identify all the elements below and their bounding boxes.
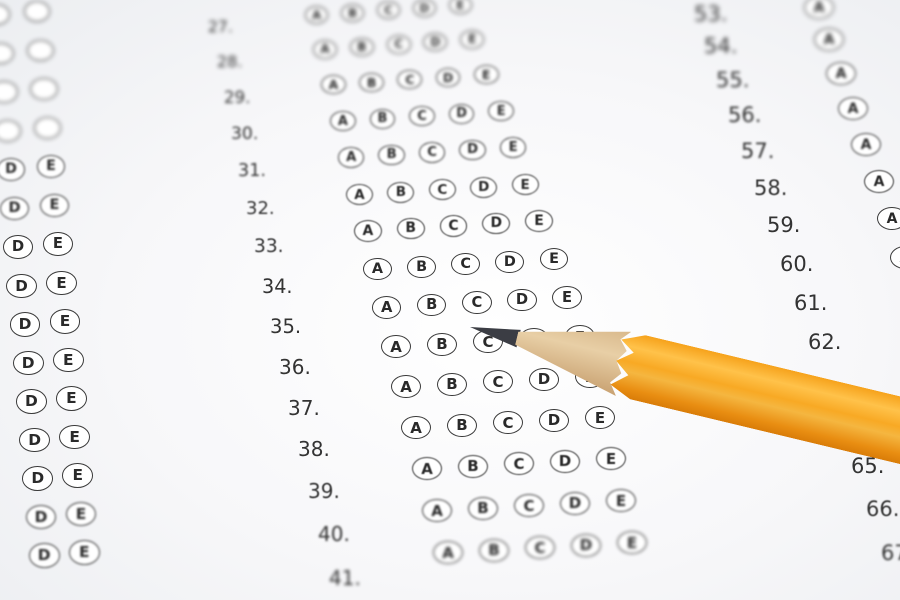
answer-bubble-e[interactable]: E bbox=[596, 447, 626, 470]
answer-bubble-d[interactable]: D bbox=[571, 534, 601, 557]
answer-bubble-b[interactable]: B bbox=[378, 145, 404, 166]
answer-bubble-e[interactable]: E bbox=[59, 425, 90, 450]
answer-bubble-a[interactable]: A bbox=[433, 541, 463, 564]
answer-bubble-b[interactable]: B bbox=[370, 109, 396, 129]
answer-bubble-d[interactable]: D bbox=[470, 177, 497, 198]
answer-bubble-e[interactable]: E bbox=[69, 540, 100, 565]
answer-bubble-e[interactable]: E bbox=[540, 248, 569, 270]
answer-bubble-a[interactable]: A bbox=[391, 375, 421, 398]
answer-bubble-b[interactable]: B bbox=[437, 373, 467, 396]
answer-bubble-e[interactable]: E bbox=[552, 286, 581, 309]
answer-bubble-e[interactable]: E bbox=[449, 0, 472, 14]
question-number: 53. bbox=[694, 2, 727, 26]
question-number: 66. bbox=[866, 497, 899, 521]
answer-bubble-a[interactable]: A bbox=[330, 111, 356, 131]
answer-bubble-d[interactable]: D bbox=[26, 505, 57, 530]
answer-bubble-b[interactable]: B bbox=[359, 73, 384, 92]
answer-bubble-a[interactable]: A bbox=[305, 6, 328, 24]
answer-bubble-a[interactable]: A bbox=[422, 499, 452, 522]
answer-bubble-d[interactable]: D bbox=[22, 466, 53, 491]
answer-bubble-e[interactable]: E bbox=[474, 65, 499, 84]
question-number: 38. bbox=[298, 437, 330, 461]
answer-bubble-c[interactable]: C bbox=[429, 179, 456, 200]
answer-bubble-a[interactable]: A bbox=[354, 220, 382, 242]
answer-bubble-e[interactable]: E bbox=[50, 309, 81, 334]
pencil-lead-tip bbox=[468, 318, 521, 347]
question-number: 59. bbox=[767, 213, 800, 237]
answer-bubble-a[interactable]: A bbox=[321, 75, 346, 94]
answer-bubble-c[interactable]: C bbox=[387, 35, 411, 54]
answer-bubble-e[interactable] bbox=[24, 1, 50, 22]
question-number: 67. bbox=[881, 541, 900, 565]
answer-bubble-a[interactable]: A bbox=[877, 207, 900, 230]
answer-bubble-d[interactable]: D bbox=[539, 409, 569, 432]
answer-bubble-c[interactable]: C bbox=[483, 370, 513, 393]
answer-bubble-d[interactable]: D bbox=[449, 104, 475, 124]
answer-bubble-c[interactable]: C bbox=[397, 70, 422, 89]
answer-bubble-a[interactable]: A bbox=[851, 133, 881, 156]
answer-bubble-a[interactable]: A bbox=[372, 296, 401, 319]
answer-bubble-d[interactable]: D bbox=[482, 213, 510, 235]
question-number: 35. bbox=[270, 315, 301, 338]
answer-bubble-d[interactable]: D bbox=[19, 428, 50, 453]
answer-bubble-b[interactable]: B bbox=[479, 539, 509, 562]
answer-sheet: 27.ABCDE28.ABCDE29.ABCDE30.ABCDE31.ABCDE… bbox=[0, 0, 900, 600]
answer-bubble-d[interactable]: D bbox=[13, 351, 44, 376]
question-number: 62. bbox=[808, 330, 841, 354]
question-number: 61. bbox=[794, 291, 827, 315]
answer-bubble-e[interactable]: E bbox=[66, 502, 97, 527]
answer-bubble-c[interactable]: C bbox=[409, 106, 435, 126]
question-number: 29. bbox=[224, 88, 250, 107]
answer-bubble-d[interactable]: D bbox=[3, 235, 33, 259]
question-number: 33. bbox=[254, 236, 284, 257]
question-number: 40. bbox=[318, 522, 350, 546]
answer-bubble-a[interactable]: A bbox=[338, 147, 364, 168]
answer-bubble-d[interactable]: D bbox=[6, 274, 36, 298]
question-number: 37. bbox=[288, 396, 320, 420]
answer-bubble-e[interactable]: E bbox=[56, 386, 87, 411]
answer-bubble-e[interactable]: E bbox=[37, 155, 65, 178]
answer-bubble-b[interactable]: B bbox=[458, 455, 488, 478]
answer-bubble-e[interactable]: E bbox=[460, 30, 484, 49]
question-number: 55. bbox=[716, 68, 749, 92]
question-number: 28. bbox=[217, 52, 242, 71]
question-number: 32. bbox=[246, 198, 275, 219]
question-number: 58. bbox=[754, 176, 787, 200]
question-number: 57. bbox=[741, 139, 774, 163]
answer-bubble-e[interactable]: E bbox=[46, 271, 76, 295]
answer-bubble-b[interactable]: B bbox=[468, 497, 498, 520]
answer-bubble-a[interactable]: A bbox=[313, 40, 337, 59]
answer-bubble-b[interactable]: B bbox=[407, 256, 436, 278]
answer-bubble-d[interactable]: D bbox=[550, 450, 580, 473]
answer-bubble-a[interactable]: A bbox=[346, 184, 373, 205]
answer-bubble-a[interactable]: A bbox=[838, 97, 868, 120]
answer-bubble-b[interactable]: B bbox=[350, 38, 374, 57]
answer-bubble-d[interactable]: D bbox=[423, 33, 447, 52]
answer-bubble-c[interactable]: C bbox=[419, 142, 445, 163]
question-number: 36. bbox=[279, 355, 311, 379]
answer-bubble-e[interactable]: E bbox=[606, 489, 636, 512]
answer-bubble-d[interactable] bbox=[0, 4, 10, 25]
answer-bubble-c[interactable]: C bbox=[504, 452, 534, 475]
answer-bubble-c[interactable]: C bbox=[525, 536, 555, 559]
answer-bubble-a[interactable]: A bbox=[804, 0, 834, 19]
answer-bubble-d[interactable]: D bbox=[495, 251, 524, 273]
answer-bubble-e[interactable]: E bbox=[488, 101, 514, 121]
answer-bubble-b[interactable]: B bbox=[417, 294, 446, 317]
answer-bubble-d[interactable]: D bbox=[459, 140, 485, 161]
question-number: 34. bbox=[262, 275, 293, 298]
answer-bubble-b[interactable]: B bbox=[447, 414, 477, 437]
answer-bubble-b[interactable]: B bbox=[397, 218, 425, 240]
answer-bubble-e[interactable] bbox=[34, 117, 62, 139]
answer-bubble-d[interactable] bbox=[0, 120, 21, 142]
answer-bubble-e[interactable]: E bbox=[585, 406, 615, 429]
answer-bubble-e[interactable]: E bbox=[40, 194, 69, 217]
answer-bubble-a[interactable]: A bbox=[890, 246, 900, 269]
answer-bubble-d[interactable] bbox=[0, 81, 18, 103]
answer-bubble-e[interactable]: E bbox=[512, 174, 539, 195]
answer-bubble-a[interactable]: A bbox=[412, 457, 442, 480]
question-number: 56. bbox=[728, 103, 761, 127]
answer-bubble-e[interactable]: E bbox=[43, 232, 73, 256]
question-number: 54. bbox=[704, 34, 737, 58]
question-number: 39. bbox=[308, 479, 340, 503]
answer-bubble-d[interactable]: D bbox=[16, 389, 47, 414]
answer-bubble-e[interactable]: E bbox=[500, 137, 526, 158]
question-number: 41. bbox=[329, 566, 361, 590]
answer-bubble-e[interactable] bbox=[30, 78, 57, 100]
question-number: 31. bbox=[238, 161, 266, 181]
answer-bubble-d[interactable]: D bbox=[413, 0, 436, 17]
answer-bubble-d[interactable]: D bbox=[436, 68, 461, 87]
answer-bubble-d[interactable]: D bbox=[0, 197, 29, 220]
answer-bubble-e[interactable]: E bbox=[617, 531, 647, 554]
answer-bubble-e[interactable] bbox=[27, 40, 54, 61]
answer-bubble-d[interactable] bbox=[0, 43, 14, 64]
answer-bubble-a[interactable]: A bbox=[826, 62, 856, 85]
answer-bubble-b[interactable]: B bbox=[427, 333, 457, 356]
answer-bubble-d[interactable]: D bbox=[0, 158, 25, 181]
answer-bubble-e[interactable]: E bbox=[62, 463, 93, 488]
answer-bubble-d[interactable]: D bbox=[29, 543, 60, 568]
answer-bubble-b[interactable]: B bbox=[387, 182, 414, 203]
question-number: 30. bbox=[231, 124, 258, 144]
answer-bubble-a[interactable]: A bbox=[381, 335, 411, 358]
answer-bubble-a[interactable]: A bbox=[401, 416, 431, 439]
answer-bubble-d[interactable]: D bbox=[10, 312, 41, 337]
answer-bubble-a[interactable]: A bbox=[864, 170, 894, 193]
answer-bubble-c[interactable]: C bbox=[440, 215, 468, 237]
answer-bubble-a[interactable]: A bbox=[363, 258, 392, 280]
answer-bubble-b[interactable]: B bbox=[341, 4, 364, 22]
answer-bubble-c[interactable]: C bbox=[493, 411, 523, 434]
answer-bubble-c[interactable]: C bbox=[451, 253, 480, 275]
answer-bubble-d[interactable]: D bbox=[560, 492, 590, 515]
answer-bubble-e[interactable]: E bbox=[525, 210, 553, 232]
answer-bubble-e[interactable]: E bbox=[53, 348, 84, 373]
question-number: 60. bbox=[780, 252, 813, 276]
answer-bubble-c[interactable]: C bbox=[377, 1, 400, 19]
question-number: 27. bbox=[208, 18, 233, 36]
answer-bubble-a[interactable]: A bbox=[814, 28, 844, 51]
answer-bubble-c[interactable]: C bbox=[514, 494, 544, 517]
